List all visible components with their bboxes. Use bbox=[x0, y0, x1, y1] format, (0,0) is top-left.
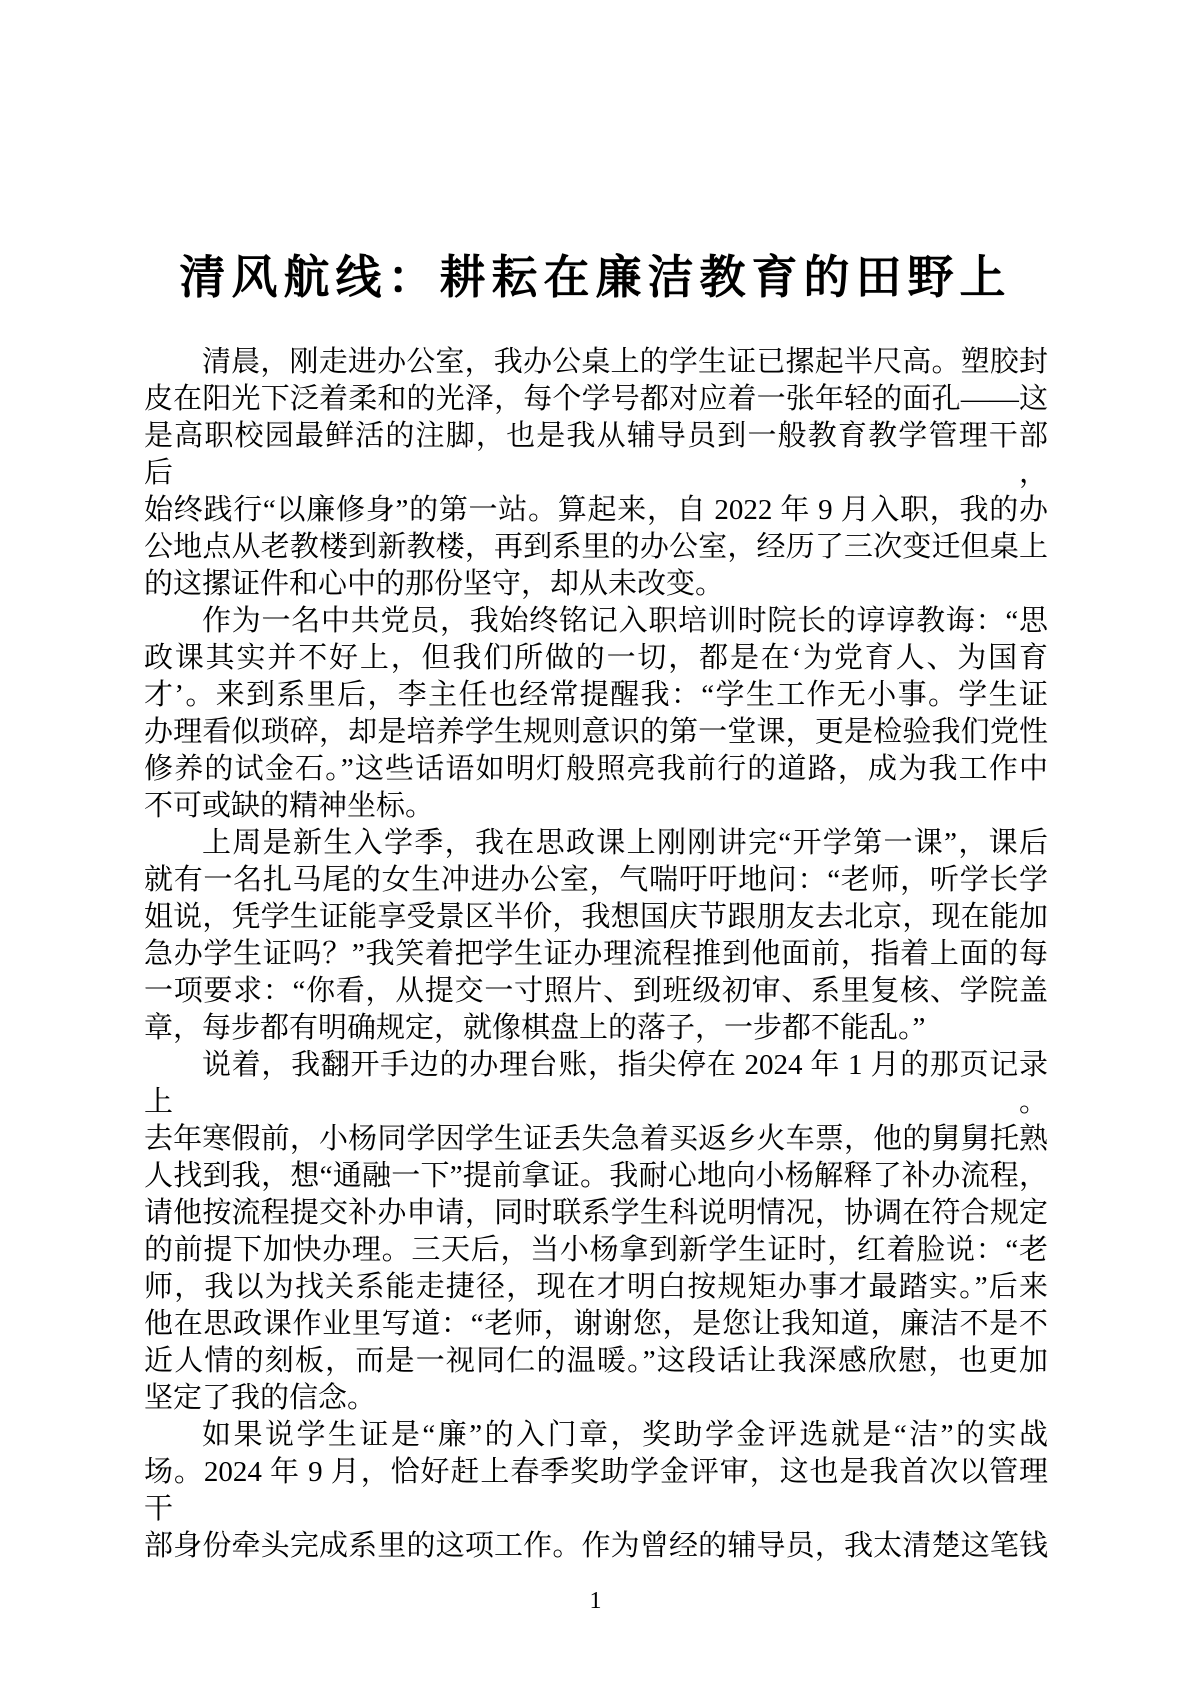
body-line: 场。2024 年 9 月，恰好赶上春季奖助学金评审，这也是我首次以管理干 bbox=[144, 1454, 1048, 1528]
body-line: 的这摞证件和心中的那份坚守，却从未改变。 bbox=[144, 566, 1048, 603]
body-line: 是高职校园最鲜活的注脚，也是我从辅导员到一般教育教学管理干部后， bbox=[144, 418, 1048, 492]
body-line: 人找到我，想“通融一下”提前拿证。我耐心地向小杨解释了补办流程， bbox=[144, 1158, 1048, 1195]
body-line: 请他按流程提交补办申请，同时联系学生科说明情况，协调在符合规定 bbox=[144, 1195, 1048, 1232]
body-line: 始终践行“以廉修身”的第一站。算起来，自 2022 年 9 月入职，我的办 bbox=[144, 492, 1048, 529]
body-line: 清晨，刚走进办公室，我办公桌上的学生证已摞起半尺高。塑胶封 bbox=[144, 344, 1048, 381]
body-line: 作为一名中共党员，我始终铭记入职培训时院长的谆谆教诲：“思 bbox=[144, 603, 1048, 640]
body-line: 师，我以为找关系能走捷径，现在才明白按规矩办事才最踏实。”后来 bbox=[144, 1269, 1048, 1306]
body-line: 政课其实并不好上，但我们所做的一切，都是在‘为党育人、为国育 bbox=[144, 640, 1048, 677]
body-line: 才’。来到系里后，李主任也经常提醒我：“学生工作无小事。学生证 bbox=[144, 677, 1048, 714]
paragraph: 上周是新生入学季，我在思政课上刚刚讲完“开学第一课”，课后就有一名扎马尾的女生冲… bbox=[144, 825, 1048, 1047]
body-line: 坚定了我的信念。 bbox=[144, 1380, 1048, 1417]
document-page: 清风航线：耕耘在廉洁教育的田野上 清晨，刚走进办公室，我办公桌上的学生证已摞起半… bbox=[0, 0, 1191, 1684]
document-body: 清晨，刚走进办公室，我办公桌上的学生证已摞起半尺高。塑胶封皮在阳光下泛着柔和的光… bbox=[144, 344, 1048, 1565]
body-line: 急办学生证吗？”我笑着把学生证办理流程推到他面前，指着上面的每 bbox=[144, 936, 1048, 973]
paragraph: 作为一名中共党员，我始终铭记入职培训时院长的谆谆教诲：“思政课其实并不好上，但我… bbox=[144, 603, 1048, 825]
body-line: 公地点从老教楼到新教楼，再到系里的办公室，经历了三次变迁但桌上 bbox=[144, 529, 1048, 566]
body-line: 不可或缺的精神坐标。 bbox=[144, 788, 1048, 825]
body-line: 去年寒假前，小杨同学因学生证丢失急着买返乡火车票，他的舅舅托熟 bbox=[144, 1121, 1048, 1158]
paragraph: 说着，我翻开手边的办理台账，指尖停在 2024 年 1 月的那页记录上。去年寒假… bbox=[144, 1047, 1048, 1417]
body-line: 就有一名扎马尾的女生冲进办公室，气喘吁吁地问：“老师，听学长学 bbox=[144, 862, 1048, 899]
body-line: 近人情的刻板，而是一视同仁的温暖。”这段话让我深感欣慰，也更加 bbox=[144, 1343, 1048, 1380]
body-line: 章，每步都有明确规定，就像棋盘上的落子，一步都不能乱。” bbox=[144, 1010, 1048, 1047]
body-line: 他在思政课作业里写道：“老师，谢谢您，是您让我知道，廉洁不是不 bbox=[144, 1306, 1048, 1343]
body-line: 皮在阳光下泛着柔和的光泽，每个学号都对应着一张年轻的面孔——这 bbox=[144, 381, 1048, 418]
body-line: 一项要求：“你看，从提交一寸照片、到班级初审、系里复核、学院盖 bbox=[144, 973, 1048, 1010]
body-line: 说着，我翻开手边的办理台账，指尖停在 2024 年 1 月的那页记录上。 bbox=[144, 1047, 1048, 1121]
body-line: 姐说，凭学生证能享受景区半价，我想国庆节跟朋友去北京，现在能加 bbox=[144, 899, 1048, 936]
body-line: 修养的试金石。”这些话语如明灯般照亮我前行的道路，成为我工作中 bbox=[144, 751, 1048, 788]
body-line: 上周是新生入学季，我在思政课上刚刚讲完“开学第一课”，课后 bbox=[144, 825, 1048, 862]
paragraph: 如果说学生证是“廉”的入门章，奖助学金评选就是“洁”的实战场。2024 年 9 … bbox=[144, 1417, 1048, 1565]
body-line: 部身份牵头完成系里的这项工作。作为曾经的辅导员，我太清楚这笔钱 bbox=[144, 1528, 1048, 1565]
body-line: 如果说学生证是“廉”的入门章，奖助学金评选就是“洁”的实战 bbox=[144, 1417, 1048, 1454]
page-number: 1 bbox=[0, 1586, 1191, 1616]
paragraph: 清晨，刚走进办公室，我办公桌上的学生证已摞起半尺高。塑胶封皮在阳光下泛着柔和的光… bbox=[144, 344, 1048, 603]
document-title: 清风航线：耕耘在廉洁教育的田野上 bbox=[0, 250, 1191, 304]
body-line: 办理看似琐碎，却是培养学生规则意识的第一堂课，更是检验我们党性 bbox=[144, 714, 1048, 751]
body-line: 的前提下加快办理。三天后，当小杨拿到新学生证时，红着脸说：“老 bbox=[144, 1232, 1048, 1269]
